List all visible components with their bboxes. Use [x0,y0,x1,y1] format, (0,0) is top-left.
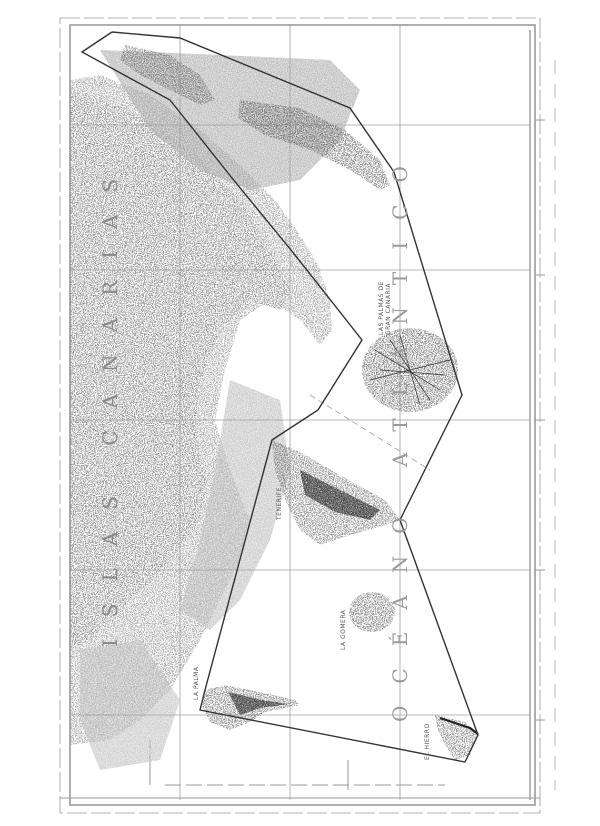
island-el-hierro [435,715,478,760]
label-la-gomera: LA GOMERA [340,610,347,650]
canary-islands-map: ISLAS CANARIAS OCÉANO ATLÁNTICO LA PALMA… [0,0,600,826]
map-canvas [0,0,600,826]
ocean-label: OCÉANO ATLÁNTICO [388,162,412,722]
label-tenerife: TENERIFE [276,487,283,520]
label-el-hierro: EL HIERRO [424,723,431,760]
label-la-palma: LA PALMA [193,667,200,700]
archipelago-title: ISLAS CANARIAS [98,187,122,647]
label-las-palmas: LAS PALMAS DE GRAN CANARIA [378,265,392,335]
